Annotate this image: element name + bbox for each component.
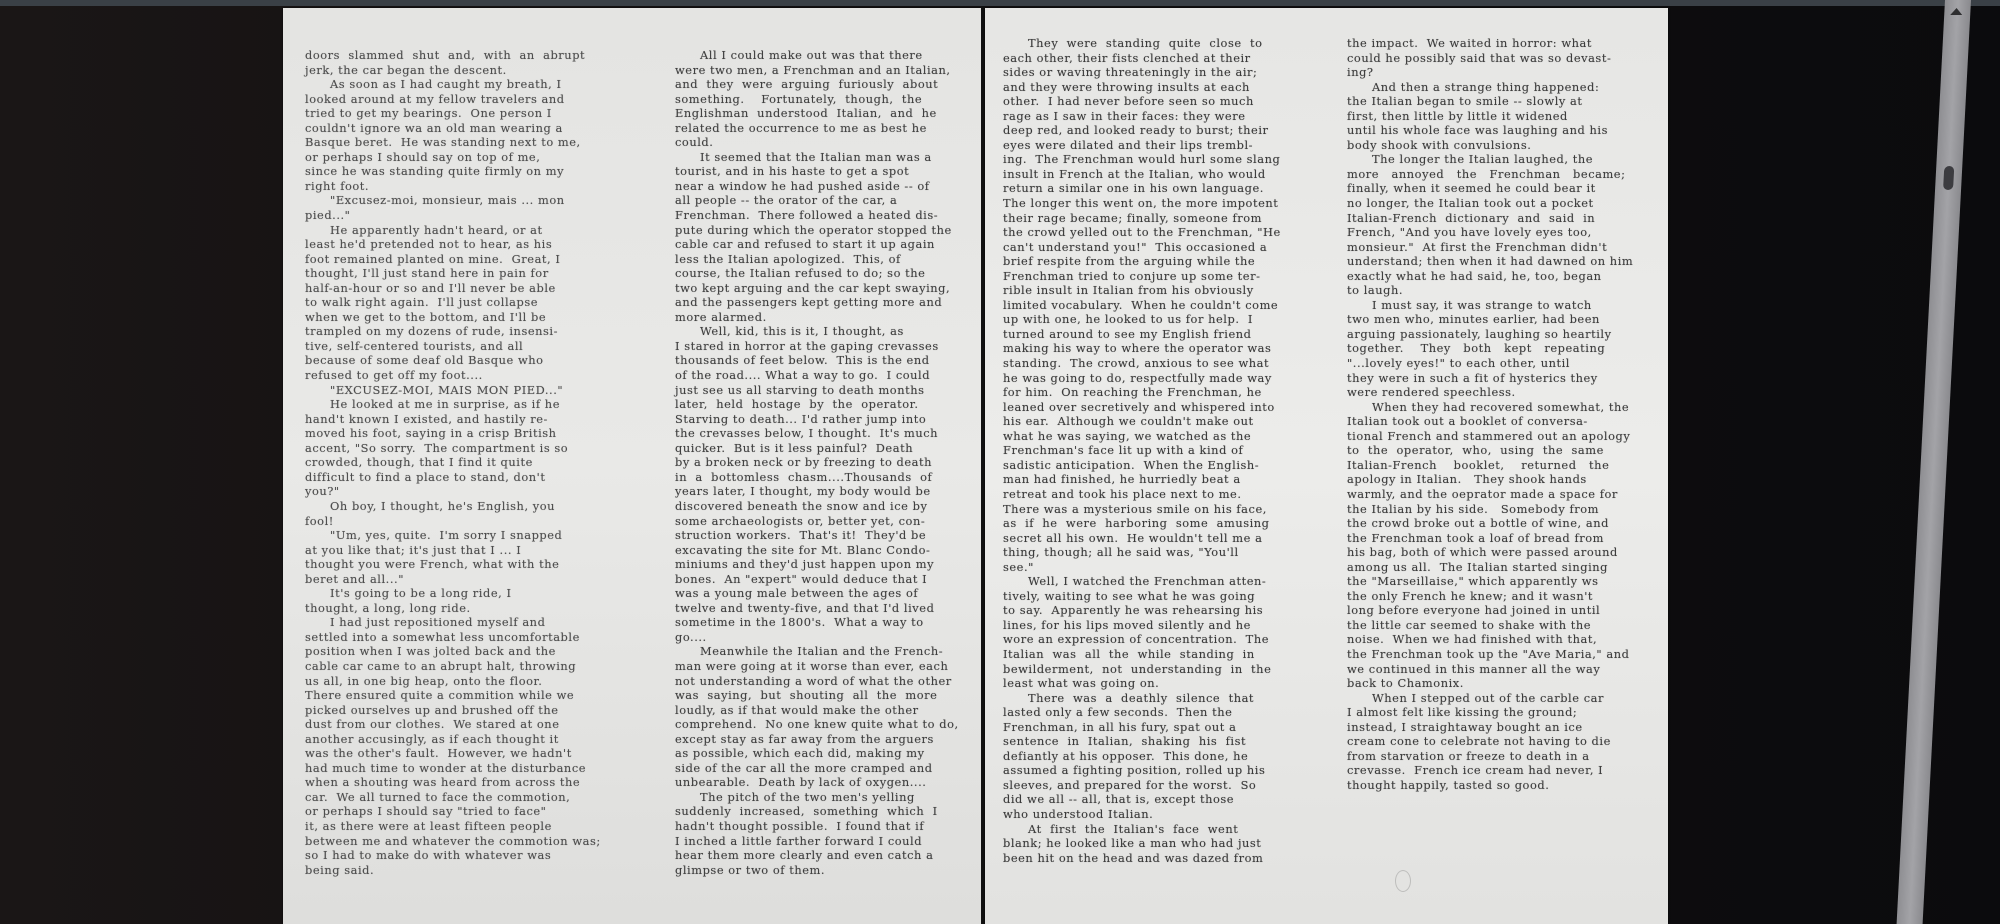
text-column-1: doors slammed shut and, with an abrupt j… [305,48,601,877]
vertical-scrollbar[interactable] [1897,0,1971,924]
paper-smudge [1395,870,1411,892]
document-viewer: doors slammed shut and, with an abrupt j… [0,0,2000,924]
text-column-2: All I could make out was that there were… [675,48,959,877]
top-edge-bar [0,0,2000,6]
page-left: doors slammed shut and, with an abrupt j… [283,8,981,924]
text-column-3: They were standing quite close to each o… [1003,36,1281,865]
page-right: They were standing quite close to each o… [985,8,1668,924]
text-column-4: the impact. We waited in horror: what co… [1347,36,1633,792]
scroll-thumb[interactable] [1943,166,1954,190]
scroll-up-arrow-icon[interactable] [1950,8,1962,15]
